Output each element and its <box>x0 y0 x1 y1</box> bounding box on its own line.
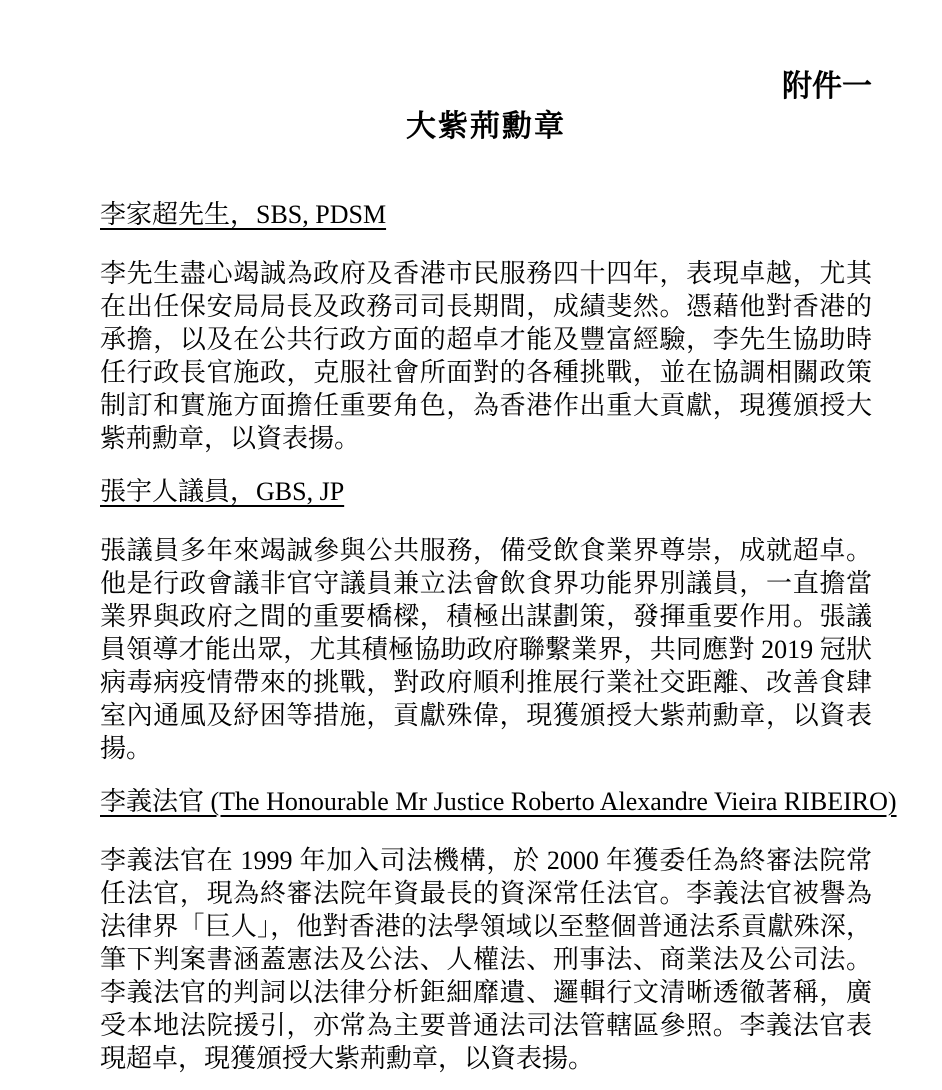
document-title: 大紫荊勳章 <box>100 110 872 144</box>
section-heading: 李家超先生，SBS, PDSM <box>100 198 872 231</box>
section-heading: 張宇人議員，GBS, JP <box>100 475 872 508</box>
section-recipient-2: 張宇人議員，GBS, JP 張議員多年來竭誠參與公共服務，備受飲食業界尊崇，成就… <box>100 475 872 765</box>
section-heading: 李義法官 (The Honourable Mr Justice Roberto … <box>100 785 872 818</box>
annex-label: 附件一 <box>100 70 872 104</box>
recipient-3-citation: 李義法官在 1999 年加入司法機構，於 2000 年獲委任為終審法院常任法官，… <box>100 844 872 1075</box>
recipient-2-heading-text: 張宇人議員，GBS, JP <box>100 477 344 506</box>
recipient-2-citation: 張議員多年來竭誠參與公共服務，備受飲食業界尊崇，成就超卓。他是行政會議非官守議員… <box>100 534 872 765</box>
section-recipient-1: 李家超先生，SBS, PDSM 李先生盡心竭誠為政府及香港市民服務四十四年，表現… <box>100 198 872 455</box>
document-page: 附件一 大紫荊勳章 李家超先生，SBS, PDSM 李先生盡心竭誠為政府及香港市… <box>0 0 942 1090</box>
recipient-1-citation: 李先生盡心竭誠為政府及香港市民服務四十四年，表現卓越，尤其在出任保安局局長及政務… <box>100 257 872 455</box>
section-recipient-3: 李義法官 (The Honourable Mr Justice Roberto … <box>100 785 872 1075</box>
recipient-3-heading-text: 李義法官 (The Honourable Mr Justice Roberto … <box>100 787 897 816</box>
recipient-1-heading-text: 李家超先生，SBS, PDSM <box>100 200 386 229</box>
